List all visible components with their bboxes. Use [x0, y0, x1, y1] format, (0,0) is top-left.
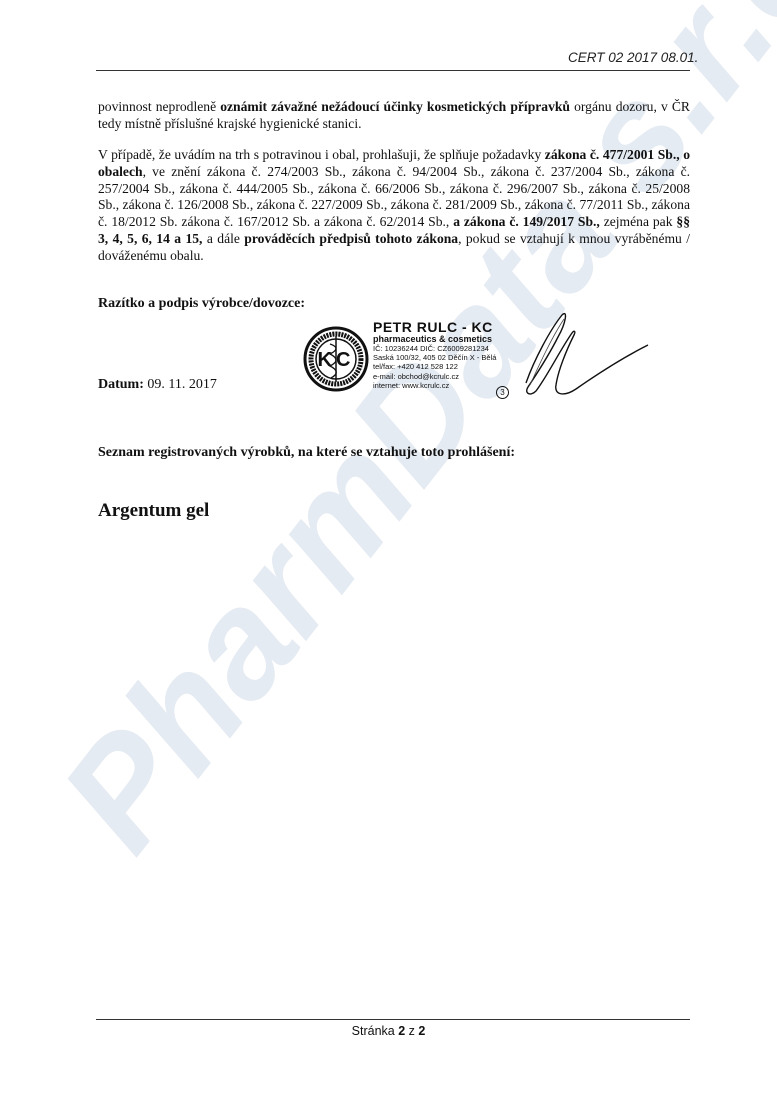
- kc-logo-icon: KC: [303, 326, 369, 392]
- header-divider: [96, 70, 690, 71]
- stamp-signature-label: Razítko a podpis výrobce/dovozce:: [98, 296, 305, 312]
- paragraph-packaging-declaration: V případě, že uvádím na trh s potravinou…: [98, 147, 690, 265]
- stamp-subtitle: pharmaceutics & cosmetics: [373, 334, 496, 344]
- page-number: Stránka 2 z 2: [0, 1024, 777, 1038]
- date-value: 09. 11. 2017: [144, 377, 217, 392]
- date-line: Datum: 09. 11. 2017: [98, 377, 217, 393]
- stamp-email: e-mail: obchod@kcrulc.cz: [373, 372, 496, 381]
- svg-text:KC: KC: [318, 349, 355, 371]
- product-item: Argentum gel: [98, 500, 209, 522]
- stamp-company-name: PETR RULC - KC: [373, 320, 496, 334]
- signature-icon: [520, 305, 670, 405]
- stamp-number: 3: [496, 386, 509, 399]
- date-label: Datum:: [98, 377, 144, 392]
- stamp-phone: tel/fax: +420 412 528 122: [373, 362, 496, 371]
- stamp-details: PETR RULC - KC pharmaceutics & cosmetics…: [373, 320, 496, 390]
- paragraph-reporting-obligation: povinnost neprodleně oznámit závažné než…: [98, 99, 690, 133]
- stamp-website: internet: www.kcrulc.cz: [373, 381, 496, 390]
- document-reference: CERT 02 2017 08.01.: [568, 50, 698, 65]
- company-stamp: KC PETR RULC - KC pharmaceutics & cosmet…: [303, 320, 523, 400]
- stamp-ids: IČ: 10236244 DIČ: CZ6009281234: [373, 344, 496, 353]
- registered-products-title: Seznam registrovaných výrobků, na které …: [98, 445, 515, 461]
- footer-divider: [96, 1019, 690, 1020]
- stamp-address: Saská 100/32, 405 02 Děčín X - Bělá: [373, 353, 496, 362]
